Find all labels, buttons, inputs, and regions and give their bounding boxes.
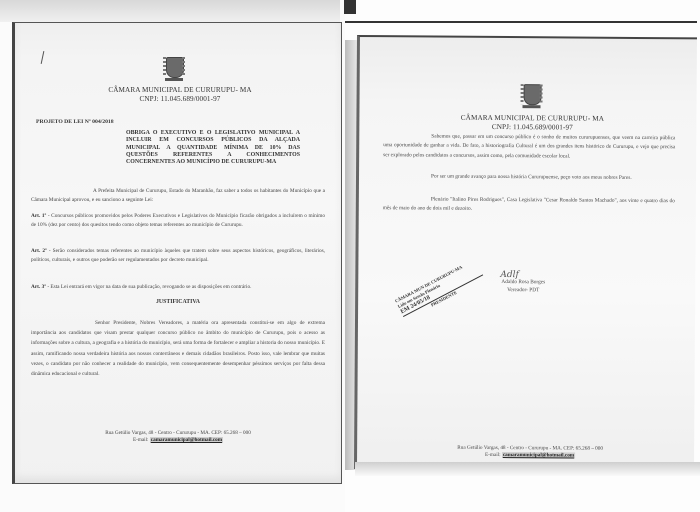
article-label: Art. 2º — [31, 248, 47, 254]
article-label: Art. 1º — [31, 213, 46, 219]
reception-stamp: CÂMARA MUN DE CURURUPU-MA Lido em Sessão… — [394, 258, 486, 323]
cnpj: CNPJ: 11.045.689/0001-97 — [492, 123, 573, 132]
article-label: Art. 3º — [31, 284, 46, 290]
scan-shadow — [0, 0, 340, 22]
right-document-page: CÂMARA MUNICIPAL DE CURURUPU- MA CNPJ: 1… — [354, 35, 697, 471]
signer-role: Vereador- PDT — [507, 287, 539, 293]
coat-of-arms-icon — [520, 82, 542, 108]
article-1: Art. 1º - Concursos públicos promovidos … — [31, 212, 325, 231]
scan-shadow — [355, 462, 700, 476]
article-2: Art. 2º - Serão considerados temas refer… — [31, 247, 325, 266]
institution-name: CÂMARA MUNICIPAL DE CURURUPU- MA — [461, 114, 604, 123]
footer-address: Rua Getúlio Vargas, 48 - Centro - Cururu… — [457, 445, 603, 452]
signature-block: Adaldo Rosa Borges Vereador- PDT — [478, 278, 568, 295]
bill-summary: OBRIGA O EXECUTIVO E O LEGISLATIVO MUNIC… — [126, 130, 300, 166]
justification-title: JUSTIFICATIVA — [31, 298, 325, 307]
email-link[interactable]: camaramunicipal@hotmail.com — [502, 452, 575, 459]
email-link[interactable]: camaramunicipal@hotmail.com — [150, 437, 223, 443]
scan-edge-line — [345, 21, 697, 23]
article-3: Art. 3º - Esta Lei entrará em vigor na d… — [31, 283, 325, 292]
letterhead: CÂMARA MUNICIPAL DE CURURUPU- MA CNPJ: 1… — [55, 86, 305, 104]
preamble: A Prefeita Municipal de Cururupu, Estado… — [31, 187, 325, 206]
pencil-mark — [41, 51, 45, 64]
paragraph-1: Sabemos que, passar em um concurso públi… — [383, 132, 675, 162]
signer-name: Adaldo Rosa Borges — [501, 279, 545, 285]
bill-number: PROJETO DE LEI Nº 004/2018 — [36, 118, 114, 127]
paragraph-3: Plenário "Italino Pires Rodrigues", Casa… — [383, 195, 675, 216]
institution-name: CÂMARA MUNICIPAL DE CURURUPU- MA — [108, 86, 251, 94]
left-document-page: CÂMARA MUNICIPAL DE CURURUPU- MA CNPJ: 1… — [12, 22, 342, 484]
letterhead: CÂMARA MUNICIPAL DE CURURUPU- MA CNPJ: 1… — [407, 113, 657, 133]
coat-of-arms-icon — [163, 55, 185, 81]
cnpj: CNPJ: 11.045.689/0001-97 — [139, 95, 220, 103]
scan-edge — [344, 0, 356, 14]
paragraph-2: Por ser um grande avanço para nossa hist… — [383, 172, 675, 183]
page-footer: Rua Getúlio Vargas, 48 - Centro - Cururu… — [397, 444, 663, 460]
page-footer: Rua Getúlio Vargas, 48 - Centro - Cururu… — [45, 430, 311, 444]
justification-text: Senhor Presidente, Nobres Vereadores, a … — [31, 318, 325, 379]
footer-address: Rua Getúlio Vargas, 48 - Centro - Cururu… — [105, 430, 251, 436]
